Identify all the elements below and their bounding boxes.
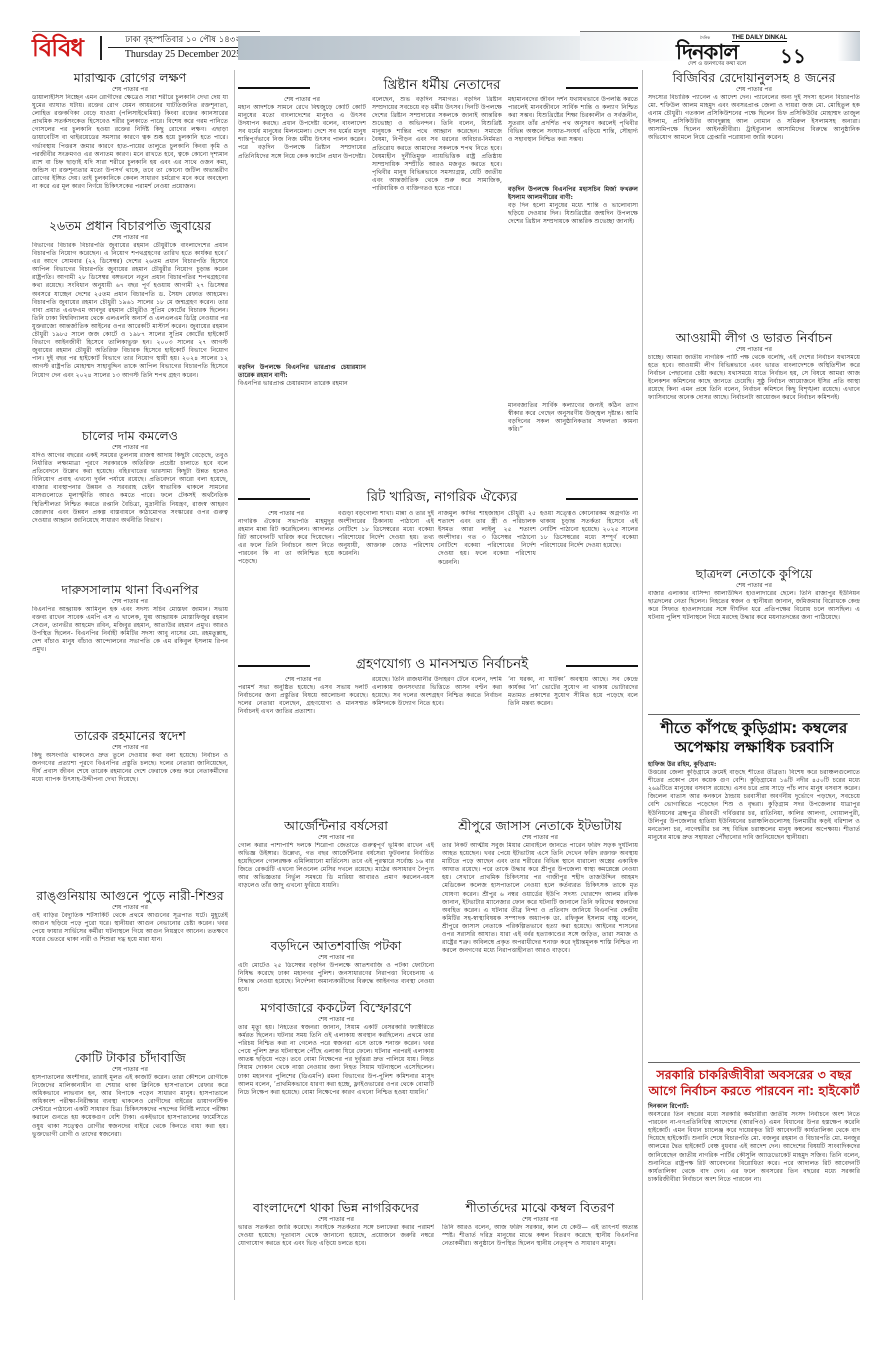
article-body: মানবজাতির সার্বিক কল্যাণের জন্যই কঠিন ত্…: [508, 402, 638, 434]
continued-label: শেষ পাতার পর: [238, 1016, 434, 1024]
article-tarek: তারেক রহমানের স্বদেশ শেষ পাতার পর কিছু অ…: [32, 728, 228, 902]
date-bengali: ঢাকা বৃহস্পতিবার ১০ পৌষ ১৪৩২: [108, 35, 258, 48]
headline-line-1: শীতে কাঁপছে কুড়িগ্রাম: কম্বলের: [648, 719, 860, 738]
writ-col-3: নাজমুল কাদির শাহজাহান চৌধুরী ২৫ শতাংশ এব…: [438, 510, 536, 646]
headline-writ: রিট খারিজ, নাগরিক ঐক্যের: [318, 488, 566, 506]
continued-label: শেষ পাতার পর: [32, 86, 228, 94]
article-body: ‘না ঘরকা, না ঘাটকা’ অবস্থায় আছে। সব কেন…: [508, 676, 638, 812]
headline: দারুসসালাম থানা বিএনপির: [32, 582, 228, 598]
headline-line-2: অপেক্ষায় লক্ষাধিক চরবাসি: [648, 738, 860, 757]
article-kurigram: শীতে কাঁপছে কুড়িগ্রাম: কম্বলের অপেক্ষায…: [648, 714, 860, 1031]
article-body: তার মৃত্যু হয়। নিহতের স্বজনরা জানান, সি…: [238, 1024, 434, 1204]
brand-name: দিনকাল: [676, 41, 738, 63]
article-body: চাচ্ছে। আমরা জাতীয় নাগরিক পার্টি পক্ষ থ…: [648, 354, 860, 564]
article-body: ডায়ালাইসিস নিচ্ছেন এমন রোগীদের ক্ষেত্রে…: [32, 94, 228, 214]
headline-rule-right: [566, 498, 638, 500]
writ-col-1: শেষ পাতার পর নাগরিক ঐক্যের সভাপতি মাহমুদ…: [238, 510, 334, 646]
continued-label: শেষ পাতার পর: [442, 1216, 638, 1224]
article-body: বাজার এলাকার বাসিন্দা আলাউদ্দিন হাওলাদার…: [648, 590, 860, 710]
article-chhatradal: ছাত্রদল নেতাকে কুপিয়ে শেষ পাতার পর বাজা…: [648, 566, 860, 710]
article-marattok: মারাত্মক রোগের লক্ষণ শেষ পাতার পর ডায়াল…: [32, 70, 228, 214]
article-bangladesh-citizens: বাংলাদেশে থাকা ভিন্ন নাগরিকদের শেষ পাতার…: [238, 1200, 434, 1304]
paper-brand: দৈনিক THE DAILY DINKAL দিনকাল ১১: [580, 31, 860, 61]
article-argentina: আর্জেন্টিনার বর্ষসেরা শেষ পাতার পর গোল ক…: [238, 818, 434, 956]
headline: রাঙ্গুনিয়ায় আগুনে পুড়ে নারী-শিশুর: [32, 888, 228, 904]
article-sreepur: শ্রীপুরে জাসাস নেতাকে ইটভাটায় শেষ পাতার…: [442, 818, 638, 1212]
article-rangunia: রাঙ্গুনিয়ায় আগুনে পুড়ে নারী-শিশুর শেষ…: [32, 888, 228, 1062]
election-col-3: ‘না ঘরকা, না ঘাটকা’ অবস্থায় আছে। সব কেন…: [508, 676, 638, 812]
continued-label: শেষ পাতার পর: [32, 234, 228, 242]
article-body: বগুড়া বড়গোলা শাখা। মান্না ও তার দুই অং…: [338, 510, 434, 646]
headline-rule-right: [566, 87, 638, 89]
article-chief-justice: ২৬তম প্রধান বিচারপতি জুবায়ের শেষ পাতার …: [32, 218, 228, 452]
article-blanket: শীতার্তদের মাঝে কম্বল বিতরণ শেষ পাতার পর…: [442, 1200, 638, 1304]
article-darussalam: দারুসসালাম থানা বিএনপির শেষ পাতার পর বিএ…: [32, 582, 228, 746]
headline: বড়দিনে আতশবাজি পটকা: [238, 938, 434, 954]
tagline: দেশ ও জনগণের কথা বলে: [688, 61, 746, 69]
byline: হাফিজ উর রহিম, কুড়িগ্রাম:: [648, 761, 860, 769]
brand-english: THE DAILY DINKAL: [732, 35, 787, 42]
headline-line-2: আগে নির্বাচন করতে পারবেন না: হাইকোর্ট: [648, 1083, 860, 1099]
article-rice: চালের দাম কমলেও শেষ পাতার পর যদিও আগের ব…: [32, 428, 228, 604]
article-body: বড় দিন হলো মানুষের মধ্যে শান্তি ও ভালোব…: [508, 202, 638, 402]
continued-label: শেষ পাতার পর: [238, 1216, 434, 1224]
article-body: তার নিকট আত্মীয় সবুজ মিয়ার মোবাইলে জান…: [442, 842, 638, 1212]
article-body: পরামর্শ সভা অনুষ্ঠিত হয়েছে। এসব সভায় দ…: [238, 684, 368, 812]
continued-label: শেষ পাতার পর: [648, 346, 860, 354]
continued-label: শেষ পাতার পর: [238, 510, 334, 518]
headline-rule-left: [238, 665, 310, 667]
continued-label: শেষ পাতার পর: [238, 834, 434, 842]
tarek-message-lead: বড়দিন উপলক্ষে বিএনপির ভারপ্রাপ্ত চেয়ার…: [238, 364, 366, 380]
headline: তারেক রহমানের স্বদেশ: [32, 728, 228, 744]
mirza-message-lead: বড়দিন উপলক্ষে বিএনপির মহাসচিব মির্জা ফখ…: [508, 186, 638, 202]
headline-rule-left: [238, 498, 310, 500]
article-body: বলেছেন, শুভ বড়দিন সমাগত। বড়দিন খ্রিষ্ট…: [372, 96, 502, 476]
header-band: [238, 36, 598, 60]
continued-label: শেষ পাতার পর: [648, 582, 860, 590]
article-body: উত্তরের জেলা কুড়িগ্রামে ক্রমেই বাড়ছে শ…: [648, 769, 860, 1031]
article-body: অবসরের তিন বছরের মধ্যে সরকারি কর্মচারীরা…: [648, 1111, 860, 1307]
article-body: সদস্যের বিচারিক প্যানেল এ আদেশ দেন। প্যা…: [648, 94, 860, 332]
continued-label: শেষ পাতার পর: [32, 744, 228, 752]
headline: ছাত্রদল নেতাকে কুপিয়ে: [648, 566, 860, 582]
continued-label: শেষ পাতার পর: [648, 86, 860, 94]
continued-label: শেষ পাতার পর: [32, 598, 228, 606]
section-logo: বিবিধ: [32, 34, 83, 62]
headline: ২৬তম প্রধান বিচারপতি জুবায়ের: [32, 218, 228, 234]
article-awami: আওয়ামী লীগ ও ভারত নির্বাচন শেষ পাতার পর…: [648, 330, 860, 564]
article-body: ওই বাড়ির বৈদ্যুতিক শর্টসার্কিট থেকে প্র…: [32, 912, 228, 1062]
article-body: বিএনপির ভারপ্রাপ্ত চেয়ারম্যান তারেক রহম…: [238, 380, 366, 388]
headline-line-1: সরকারি চাকরিজীবীরা অবসরের ৩ বছর: [648, 1067, 860, 1083]
article-bijibir: বিজিবির রেদোয়ানুলসহ ৪ জনের শেষ পাতার পর…: [648, 70, 860, 332]
headline: মগবাজারে ককটেল বিস্ফোরণে: [238, 1000, 434, 1016]
continued-label: শেষ পাতার পর: [442, 834, 638, 842]
column-divider: [234, 70, 235, 1300]
article-body: ভারত সতর্কতা জারি করেছে। সবাইকে সতর্কতার…: [238, 1224, 434, 1304]
article-koti-taka: কোটি টাকার চাঁদাবাজি শেষ পাতার পর হাসপাত…: [32, 1050, 228, 1314]
date-english: Thursday 25 December 2025: [108, 49, 258, 60]
writ-col-4: হওয়া সত্ত্বেও কোনোরকম অগ্রগতি না থাকায়…: [540, 510, 638, 646]
headline: মারাত্মক রোগের লক্ষণ: [32, 70, 228, 86]
article-govt-employees: সরকারি চাকরিজীবীরা অবসরের ৩ বছর আগে নির্…: [648, 1062, 860, 1307]
christian-col-1: শেষ পাতার পর মহান আদর্শকে সামনে রেখে বিশ…: [238, 96, 366, 388]
article-body: বিএনপির আহ্বায়ক আমিনুল হক এবং সদস্য সচি…: [32, 606, 228, 746]
column-divider: [642, 70, 643, 1300]
article-body: তিনি আরও বলেন, আজ ফরিদ সরকার, কাল যে কেউ…: [442, 1224, 638, 1304]
continued-label: শেষ পাতার পর: [238, 954, 434, 962]
article-body: হওয়া সত্ত্বেও কোনোরকম অগ্রগতি না থাকায়…: [540, 510, 638, 646]
headline: বাংলাদেশে থাকা ভিন্ন নাগরিকদের: [238, 1200, 434, 1216]
article-body: রয়েছে। তিনি রাজধানীর উদাহরণ টেনে বলেন, …: [372, 676, 502, 812]
christian-col-3: মহামানবদের জীবন দর্শন যথাযথভাবে উপলব্ধি …: [508, 96, 638, 435]
election-col-2: রয়েছে। তিনি রাজধানীর উদাহরণ টেনে বলেন, …: [372, 676, 502, 812]
article-mogbazar: মগবাজারে ককটেল বিস্ফোরণে শেষ পাতার পর তা…: [238, 1000, 434, 1204]
continued-label: শেষ পাতার পর: [238, 96, 366, 104]
headline-rule-right: [566, 665, 638, 667]
election-col-1: শেষ পাতার পর পরামর্শ সভা অনুষ্ঠিত হয়েছে…: [238, 676, 368, 812]
section-masthead: বিবিধ ঢাকা বৃহস্পতিবার ১০ পৌষ ১৪৩২ Thurs…: [32, 31, 260, 61]
article-body: কিছু অসংগতি থাকলেও দ্রুত তুলে দেওয়ার কথ…: [32, 752, 228, 902]
headline: আর্জেন্টিনার বর্ষসেরা: [238, 818, 434, 834]
logo-divider: [100, 36, 102, 60]
article-body: নাগরিক ঐক্যের সভাপতি মাহমুদুর রহমান মান্…: [238, 518, 334, 646]
headline: শ্রীপুরে জাসাস নেতাকে ইটভাটায়: [442, 818, 638, 834]
headline-christian: খ্রিষ্টান ধর্মীয় নেতাদের: [318, 76, 566, 94]
article-body: নাজমুল কাদির শাহজাহান চৌধুরী ২৫ শতাংশ এব…: [438, 510, 536, 646]
continued-label: শেষ পাতার পর: [32, 1066, 228, 1074]
headline: শীতার্তদের মাঝে কম্বল বিতরণ: [442, 1200, 638, 1216]
continued-label: শেষ পাতার পর: [238, 676, 368, 684]
article-body: মহামানবদের জীবন দর্শন যথাযথভাবে উপলব্ধি …: [508, 96, 638, 186]
headline: কোটি টাকার চাঁদাবাজি: [32, 1050, 228, 1066]
headline: চালের দাম কমলেও: [32, 428, 228, 444]
headline: আওয়ামী লীগ ও ভারত নির্বাচন: [648, 330, 860, 346]
continued-label: শেষ পাতার পর: [32, 904, 228, 912]
headline-election: গ্রহণযোগ্য ও মানসম্মত নির্বাচনই: [310, 655, 574, 673]
report-lead: দিনকাল রিপোর্ট:: [648, 1103, 860, 1111]
article-body: হাসপাতালের অংশীদার, তারাই মূলত এই কাজটি …: [32, 1074, 228, 1314]
article-body: মহান আদর্শকে সামনে রেখে বিশ্বজুড়ে কোটি …: [238, 104, 366, 364]
article-body: বিভাগের বিচারক বিচারপতি জুবায়ের রহমান চ…: [32, 242, 228, 452]
headline: বিজিবির রেদোয়ানুলসহ ৪ জনের: [648, 70, 860, 86]
writ-col-2: বগুড়া বড়গোলা শাখা। মান্না ও তার দুই অং…: [338, 510, 434, 646]
headline-rule-left: [238, 87, 310, 89]
continued-label: শেষ পাতার পর: [32, 444, 228, 452]
newspaper-page: বিবিধ ঢাকা বৃহস্পতিবার ১০ পৌষ ১৪৩২ Thurs…: [0, 0, 870, 1352]
christian-col-2: বলেছেন, শুভ বড়দিন সমাগত। বড়দিন খ্রিষ্ট…: [372, 96, 502, 476]
